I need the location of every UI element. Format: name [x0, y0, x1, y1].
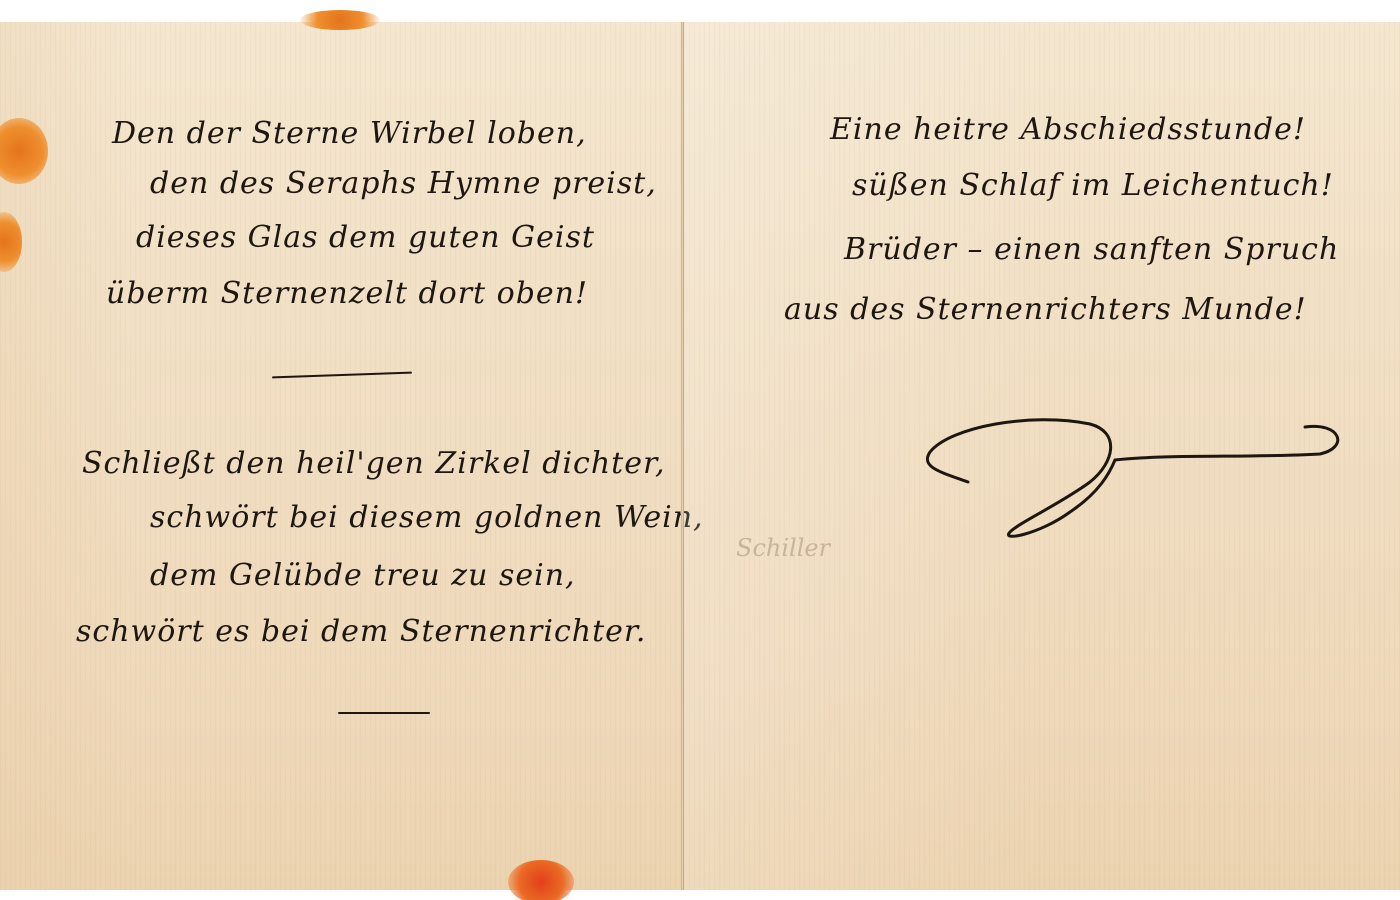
stanza-separator: [272, 372, 412, 379]
verse-line: dieses Glas dem guten Geist: [136, 220, 595, 255]
left-page: Den der Sterne Wirbel loben, den des Ser…: [0, 22, 682, 890]
verse-line: schwört es bei dem Sternenrichter.: [76, 614, 646, 649]
verse-line: Eine heitre Abschiedsstunde!: [830, 112, 1306, 147]
verse-line: süßen Schlaf im Leichentuch!: [852, 168, 1334, 203]
verse-line: überm Sternenzelt dort oben!: [106, 276, 588, 311]
verse-line: Brüder – einen sanften Spruch: [844, 232, 1339, 267]
verse-line: aus des Sternenrichters Munde!: [784, 292, 1307, 327]
verse-line: dem Gelübde treu zu sein,: [150, 558, 576, 593]
manuscript-sheet: Den der Sterne Wirbel loben, den des Ser…: [0, 22, 1400, 890]
stanza-separator: [338, 712, 430, 714]
stain-bottom: [508, 860, 574, 900]
stain-left-lower: [0, 212, 22, 272]
stain-top: [300, 10, 380, 30]
pencil-annotation: Schiller: [736, 534, 830, 562]
verse-line: schwört bei diesem goldnen Wein,: [150, 500, 704, 535]
verse-line: Schließt den heil'gen Zirkel dichter,: [82, 446, 666, 481]
verse-line: Den der Sterne Wirbel loben,: [112, 116, 587, 151]
stain-left-upper: [0, 118, 48, 184]
end-flourish: [910, 412, 1350, 542]
verse-line: den des Seraphs Hymne preist,: [150, 166, 657, 201]
